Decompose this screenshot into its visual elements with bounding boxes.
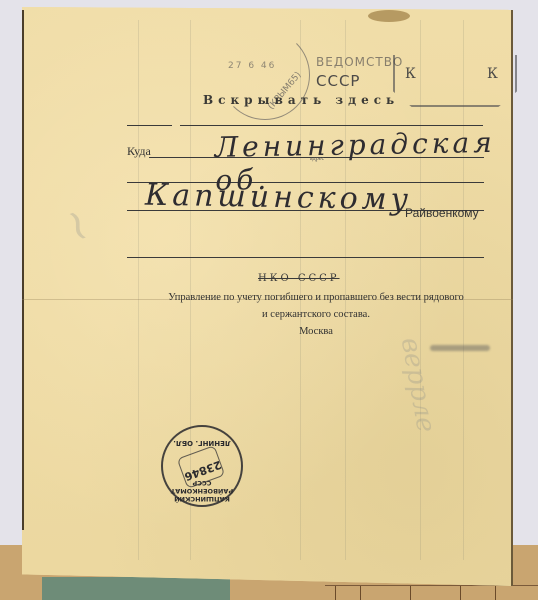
sender-agency: НКО СССР xyxy=(258,273,340,284)
underlying-table-lines xyxy=(325,585,538,600)
paper-left-edge xyxy=(22,10,24,530)
sender-department-block: Управление по учету погибшего и пропавше… xyxy=(128,289,504,340)
to-label: Куда xyxy=(127,144,151,159)
stamp-country: СССР xyxy=(316,72,360,90)
round-office-stamp: КАПШИНСКИЙ РАЙВОЕНКОМАТ СССР 23846 ЛЕНИН… xyxy=(161,425,243,507)
paper-stain xyxy=(368,10,410,22)
stamp-header-text: ВЕДОМСТВО xyxy=(316,55,403,69)
octagon-letter-right: К xyxy=(487,66,498,82)
rule-line xyxy=(127,257,484,258)
sender-city: Москва xyxy=(128,323,504,340)
pencil-smudge xyxy=(430,345,490,351)
recipient-suffix-label: Райвоенкому xyxy=(405,206,479,220)
underlying-green-band xyxy=(42,577,230,600)
postmark-date: 27 6 46 xyxy=(228,61,276,71)
rule-line xyxy=(127,125,172,126)
department-line-1: Управление по учету погибшего и пропавше… xyxy=(128,289,504,306)
stamp-city: ЛЕНИНГ. ОБЛ. xyxy=(171,439,233,447)
rule-line xyxy=(180,125,483,126)
open-here-label: Вскрывать здесь xyxy=(203,93,399,107)
department-line-2: и сержантского состава. xyxy=(128,306,504,323)
octagon-letter-left: К xyxy=(405,66,416,82)
handwritten-recipient: Капшинскому xyxy=(145,178,413,218)
